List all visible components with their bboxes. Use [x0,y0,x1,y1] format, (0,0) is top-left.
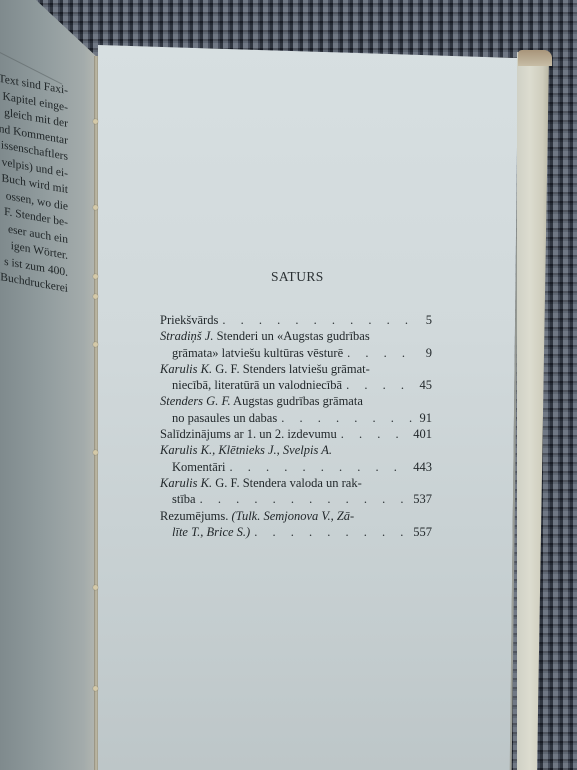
leader-dots: . . . . . . [337,426,412,442]
toc-entry-title: G. F. Stenders latviešu grāmat- [212,362,370,376]
toc-entry-title: Augstas gudrības grāmata [231,394,363,408]
page-number: 91 [412,410,432,426]
binding-stitch-icon [93,274,98,279]
leader-dots: . . . . . . . . . . . . . . . [250,524,411,540]
toc-entry-title: Stenderi un «Augstas gudrības [213,329,369,343]
toc-entry-translators: (Tulk. Semjonova V., Zā- [232,509,355,523]
leader-dots: . . . . . . . . . . . . . . . . . . . . [225,459,411,475]
page-number: 537 [411,491,432,507]
toc-entry: Karulis K. G. F. Stenders latviešu grāma… [160,361,432,394]
toc-entry: Salīdzinājums ar 1. un 2. izdevumu . . .… [160,426,432,442]
leader-dots: . . . . . [342,377,412,393]
binding-stitch-icon [93,294,98,299]
binding-stitch-icon [93,119,98,124]
leader-dots: . . . . . . . . . . . . . . [277,410,412,426]
worn-cover-corner [518,50,552,66]
page-number: 9 [412,345,432,361]
toc-entry: Stenders G. F. Augstas gudrības grāmata … [160,393,432,426]
binding-stitch-icon [93,585,98,590]
toc-entry: Karulis K., Klētnieks J., Svelpis A. Kom… [160,442,432,475]
toc-entry-title-cont: no pasaules un dabas [172,410,277,426]
book-cover-board [517,52,549,770]
toc-entry-author: Karulis K., Klētnieks J., Svelpis A. [160,442,332,458]
toc-entry-author: Stradiņš J. [160,329,213,343]
left-page: Text sind Faxi- Kapitel einge- gleich mi… [0,0,98,770]
toc-entry-author: Stenders G. F. [160,394,231,408]
binding-stitch-icon [93,205,98,210]
toc-entry-translators-cont: līte T., Brice S.) [172,524,250,540]
page-title: SATURS [271,269,324,285]
toc-entry-title-cont: Komentāri [172,459,225,475]
toc-entry-title-cont: niecībā, literatūrā un valodniecībā [172,377,342,393]
page-number: 5 [412,312,432,328]
page-number: 45 [412,377,432,393]
toc-entry-title: Rezumējums. [160,509,232,523]
toc-entry-title: G. F. Stendera valoda un rak- [212,476,362,490]
page-number: 401 [411,426,432,442]
leader-dots: . . . . . . [343,345,412,361]
toc-entry-author: Karulis K. [160,476,212,490]
toc-entry-title-cont: stība [172,491,196,507]
binding-stitch-icon [93,450,98,455]
toc-entry: Priekšvārds . . . . . . . . . . . . . . … [160,312,432,328]
leader-dots: . . . . . . . . . . . . . . . . . . . . [218,312,412,328]
binding-stitch-icon [93,686,98,691]
toc-entry: Rezumējums. (Tulk. Semjonova V., Zā- līt… [160,508,432,541]
leader-dots: . . . . . . . . . . . . . . . . . . . . … [196,491,412,507]
toc-entry: Stradiņš J. Stenderi un «Augstas gudrība… [160,328,432,361]
left-page-text: Text sind Faxi- Kapitel einge- gleich mi… [0,70,68,298]
page-number: 557 [411,524,432,540]
page-number: 443 [411,459,432,475]
binding-stitch-icon [93,342,98,347]
toc-entry-author: Karulis K. [160,362,212,376]
table-of-contents: Priekšvārds . . . . . . . . . . . . . . … [160,312,432,540]
toc-entry-title-cont: grāmata» latviešu kultūras vēsturē [172,345,343,361]
toc-entry: Karulis K. G. F. Stendera valoda un rak-… [160,475,432,508]
toc-entry-title: Priekšvārds [160,312,218,328]
toc-entry-title: Salīdzinājums ar 1. un 2. izdevumu [160,426,337,442]
book-gutter [94,56,98,770]
